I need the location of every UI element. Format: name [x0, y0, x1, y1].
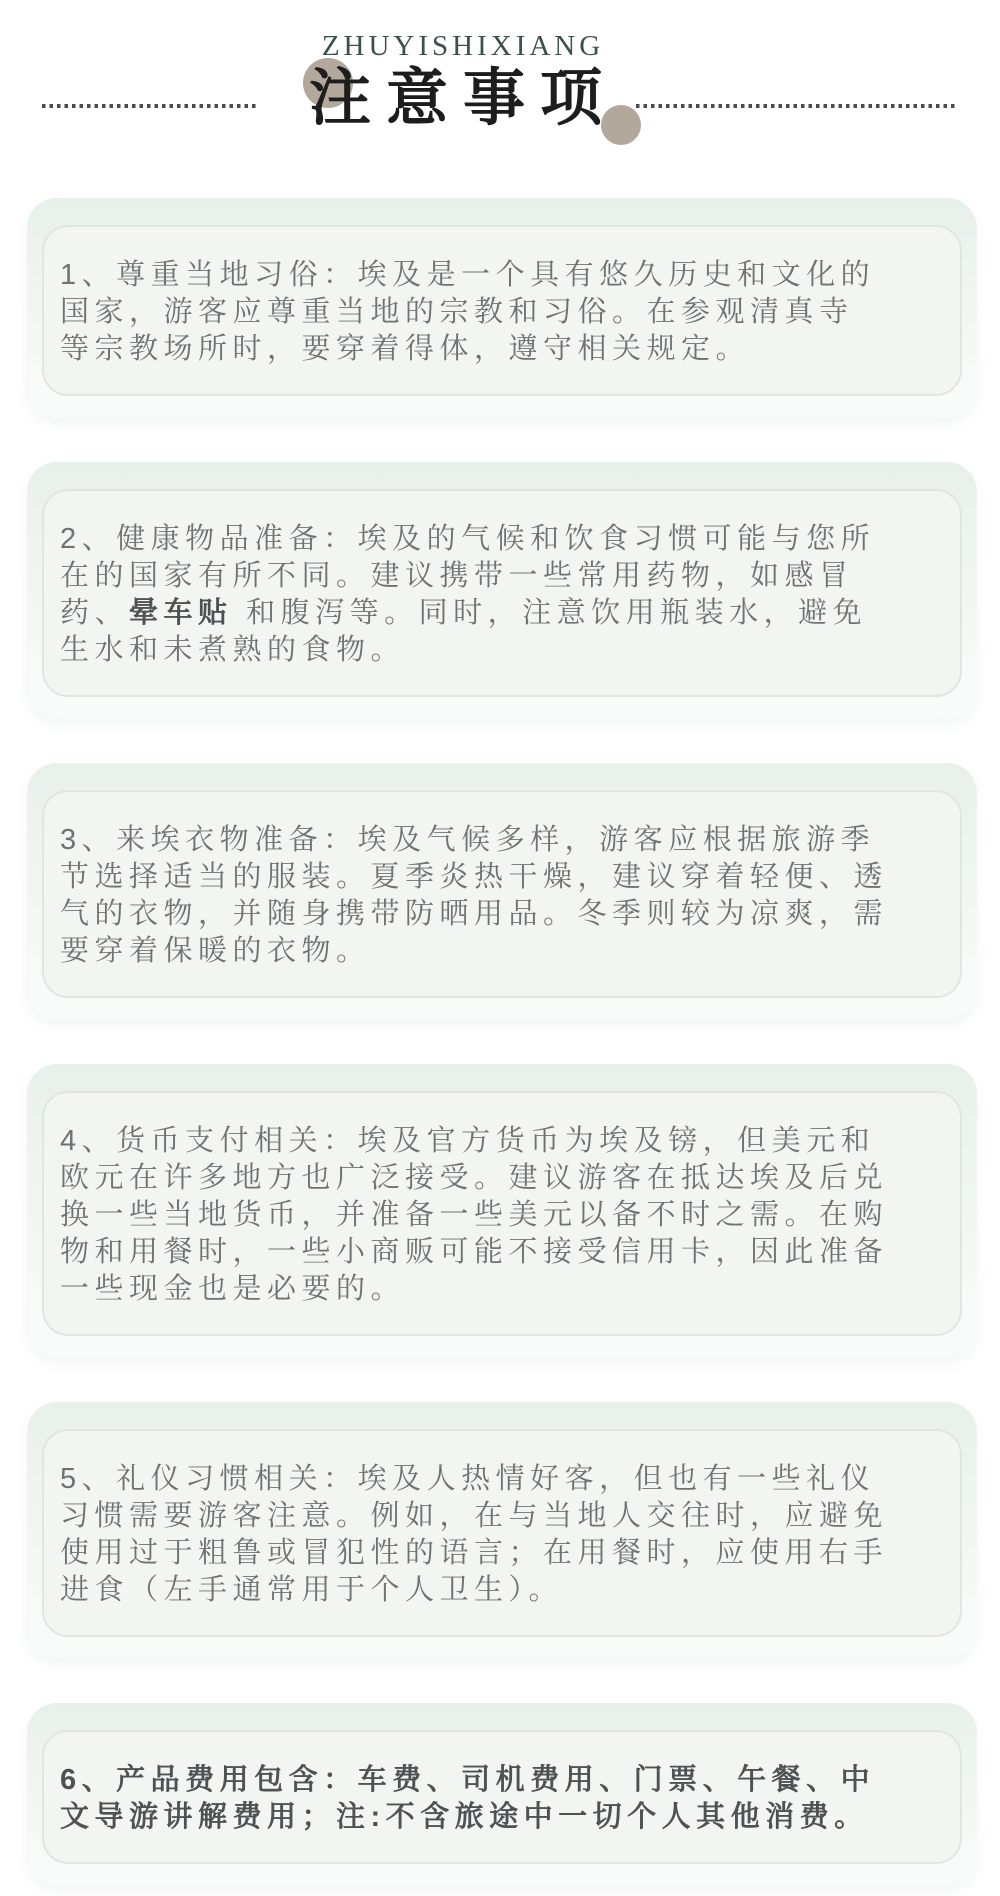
note-card-body: 2、健康物品准备：埃及的气候和饮食习惯可能与您所 在的国家有所不同。建议携带一些…: [42, 489, 962, 697]
note-line: 欧元在许多地方也广泛接受。建议游客在抵达埃及后兑: [60, 1160, 940, 1197]
note-card-3: 3、来埃衣物准备：埃及气候多样，游客应根据旅游季 节选择适当的服装。夏季炎热干燥…: [27, 763, 977, 1020]
note-line-segment: 药、: [60, 597, 129, 629]
dotted-divider-left: [42, 104, 256, 108]
note-line: 使用过于粗鲁或冒犯性的语言；在用餐时，应使用右手: [60, 1535, 940, 1572]
note-line: 在的国家有所不同。建议携带一些常用药物，如感冒: [60, 558, 940, 595]
note-line: 进食（左手通常用于个人卫生）。: [60, 1572, 940, 1609]
note-line: 文导游讲解费用；注:不含旅途中一切个人其他消费。: [60, 1799, 940, 1836]
note-card-6: 6、产品费用包含：车费、司机费用、门票、午餐、中 文导游讲解费用；注:不含旅途中…: [27, 1703, 977, 1886]
title-block: ZHUYISHIXIANG 注意事项: [309, 30, 617, 132]
note-card-4: 4、货币支付相关：埃及官方货币为埃及镑，但美元和 欧元在许多地方也广泛接受。建议…: [27, 1064, 977, 1358]
note-card-2: 2、健康物品准备：埃及的气候和饮食习惯可能与您所 在的国家有所不同。建议携带一些…: [27, 462, 977, 719]
note-line: 1、尊重当地习俗：埃及是一个具有悠久历史和文化的: [60, 257, 940, 294]
note-line: 等宗教场所时，要穿着得体，遵守相关规定。: [60, 331, 940, 368]
note-card-1: 1、尊重当地习俗：埃及是一个具有悠久历史和文化的 国家，游客应尊重当地的宗教和习…: [27, 198, 977, 418]
note-line: 物和用餐时，一些小商贩可能不接受信用卡，因此准备: [60, 1234, 940, 1271]
note-line: 国家，游客应尊重当地的宗教和习俗。在参观清真寺: [60, 294, 940, 331]
note-card-body: 1、尊重当地习俗：埃及是一个具有悠久历史和文化的 国家，游客应尊重当地的宗教和习…: [42, 225, 962, 396]
note-line: 生水和未煮熟的食物。: [60, 632, 940, 669]
note-line: 节选择适当的服装。夏季炎热干燥，建议穿着轻便、透: [60, 859, 940, 896]
notes-list: 1、尊重当地习俗：埃及是一个具有悠久历史和文化的 国家，游客应尊重当地的宗教和习…: [27, 198, 977, 1886]
note-line: 习惯需要游客注意。例如，在与当地人交往时，应避免: [60, 1498, 940, 1535]
page-title: 注意事项: [309, 67, 617, 132]
note-line: 要穿着保暖的衣物。: [60, 933, 940, 970]
note-line: 4、货币支付相关：埃及官方货币为埃及镑，但美元和: [60, 1123, 940, 1160]
note-line-segment-bold: 晕车贴: [129, 597, 233, 629]
note-line: 一些现金也是必要的。: [60, 1271, 940, 1308]
note-line-segment: 和腹泻等。同时，注意饮用瓶装水，避免: [233, 597, 868, 629]
page-header: ZHUYISHIXIANG 注意事项: [0, 0, 1000, 168]
note-line: 6、产品费用包含：车费、司机费用、门票、午餐、中: [60, 1762, 940, 1799]
dotted-divider-right: [636, 104, 956, 108]
note-card-body: 3、来埃衣物准备：埃及气候多样，游客应根据旅游季 节选择适当的服装。夏季炎热干燥…: [42, 790, 962, 998]
pinyin-subtitle: ZHUYISHIXIANG: [309, 30, 617, 63]
note-card-body: 5、礼仪习惯相关：埃及人热情好客，但也有一些礼仪 习惯需要游客注意。例如，在与当…: [42, 1429, 962, 1637]
note-line: 换一些当地货币，并准备一些美元以备不时之需。在购: [60, 1197, 940, 1234]
note-card-5: 5、礼仪习惯相关：埃及人热情好客，但也有一些礼仪 习惯需要游客注意。例如，在与当…: [27, 1402, 977, 1659]
note-line: 2、健康物品准备：埃及的气候和饮食习惯可能与您所: [60, 521, 940, 558]
note-card-body: 4、货币支付相关：埃及官方货币为埃及镑，但美元和 欧元在许多地方也广泛接受。建议…: [42, 1091, 962, 1336]
note-line: 3、来埃衣物准备：埃及气候多样，游客应根据旅游季: [60, 822, 940, 859]
note-line: 气的衣物，并随身携带防晒用品。冬季则较为凉爽，需: [60, 896, 940, 933]
note-card-body: 6、产品费用包含：车费、司机费用、门票、午餐、中 文导游讲解费用；注:不含旅途中…: [42, 1730, 962, 1864]
note-line: 药、晕车贴 和腹泻等。同时，注意饮用瓶装水，避免: [60, 595, 940, 632]
note-line: 5、礼仪习惯相关：埃及人热情好客，但也有一些礼仪: [60, 1461, 940, 1498]
